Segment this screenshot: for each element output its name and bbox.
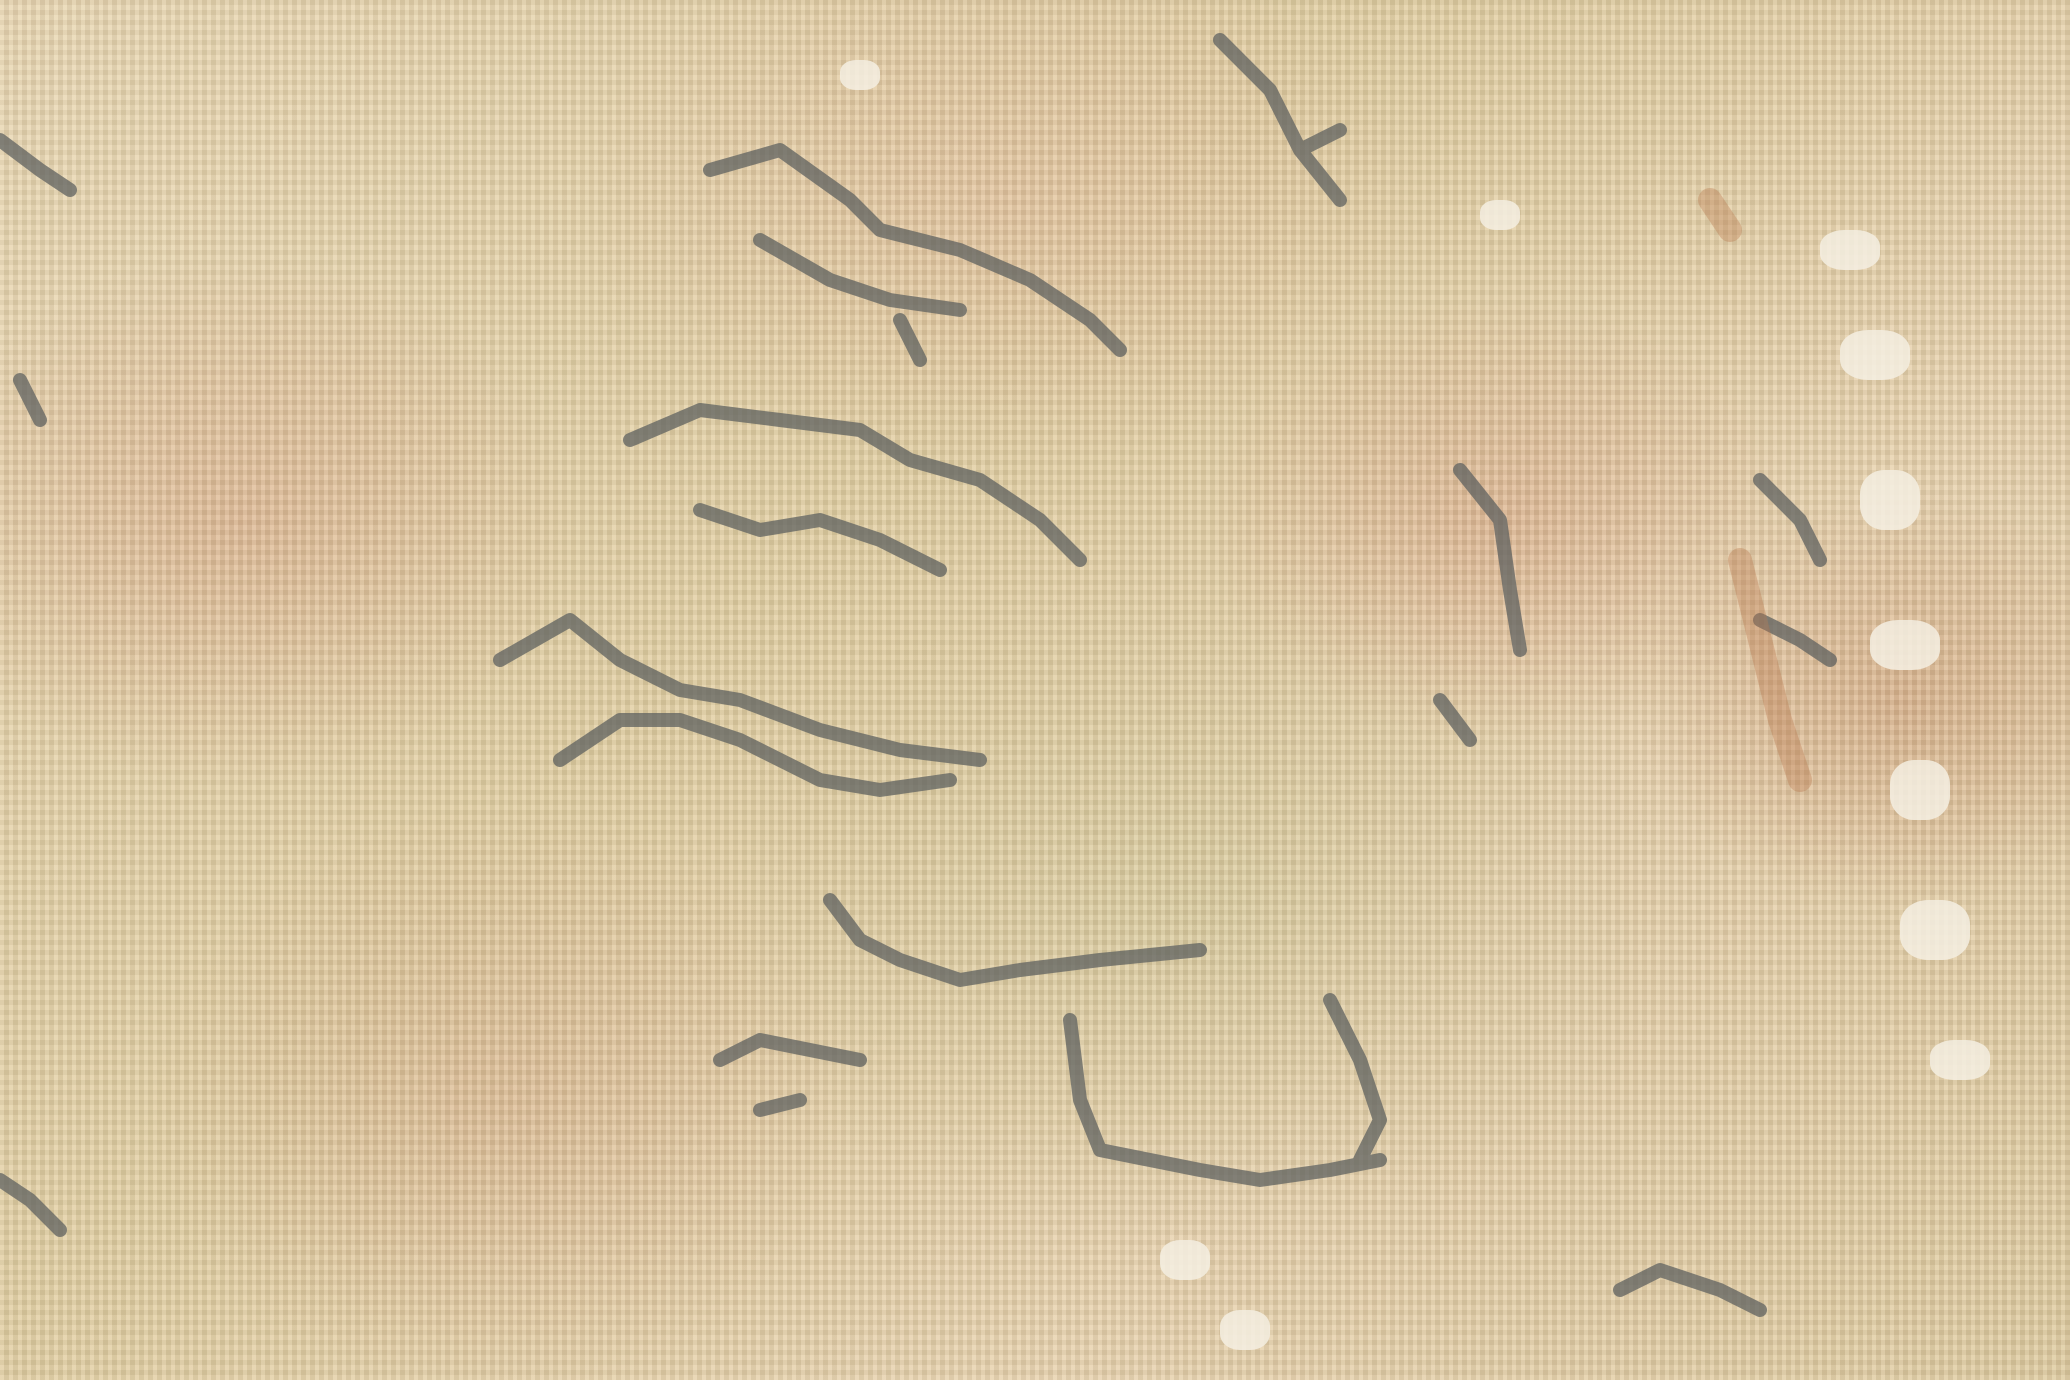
frayed-pile-patch (1860, 470, 1920, 530)
frayed-pile-patch (840, 60, 880, 90)
frayed-pile-patch (1840, 330, 1910, 380)
frayed-pile-patch (1870, 620, 1940, 670)
frayed-pile-patch (1930, 1040, 1990, 1080)
frayed-pile-patch (1480, 200, 1520, 230)
frayed-pile-patch (1890, 760, 1950, 820)
frayed-pile-patch (1820, 230, 1880, 270)
frayed-pile-patch (1160, 1240, 1210, 1280)
rug-texture-photo (0, 0, 2070, 1380)
floral-motif-outline (0, 0, 2070, 1380)
frayed-pile-patch (1900, 900, 1970, 960)
frayed-pile-patch (1220, 1310, 1270, 1350)
